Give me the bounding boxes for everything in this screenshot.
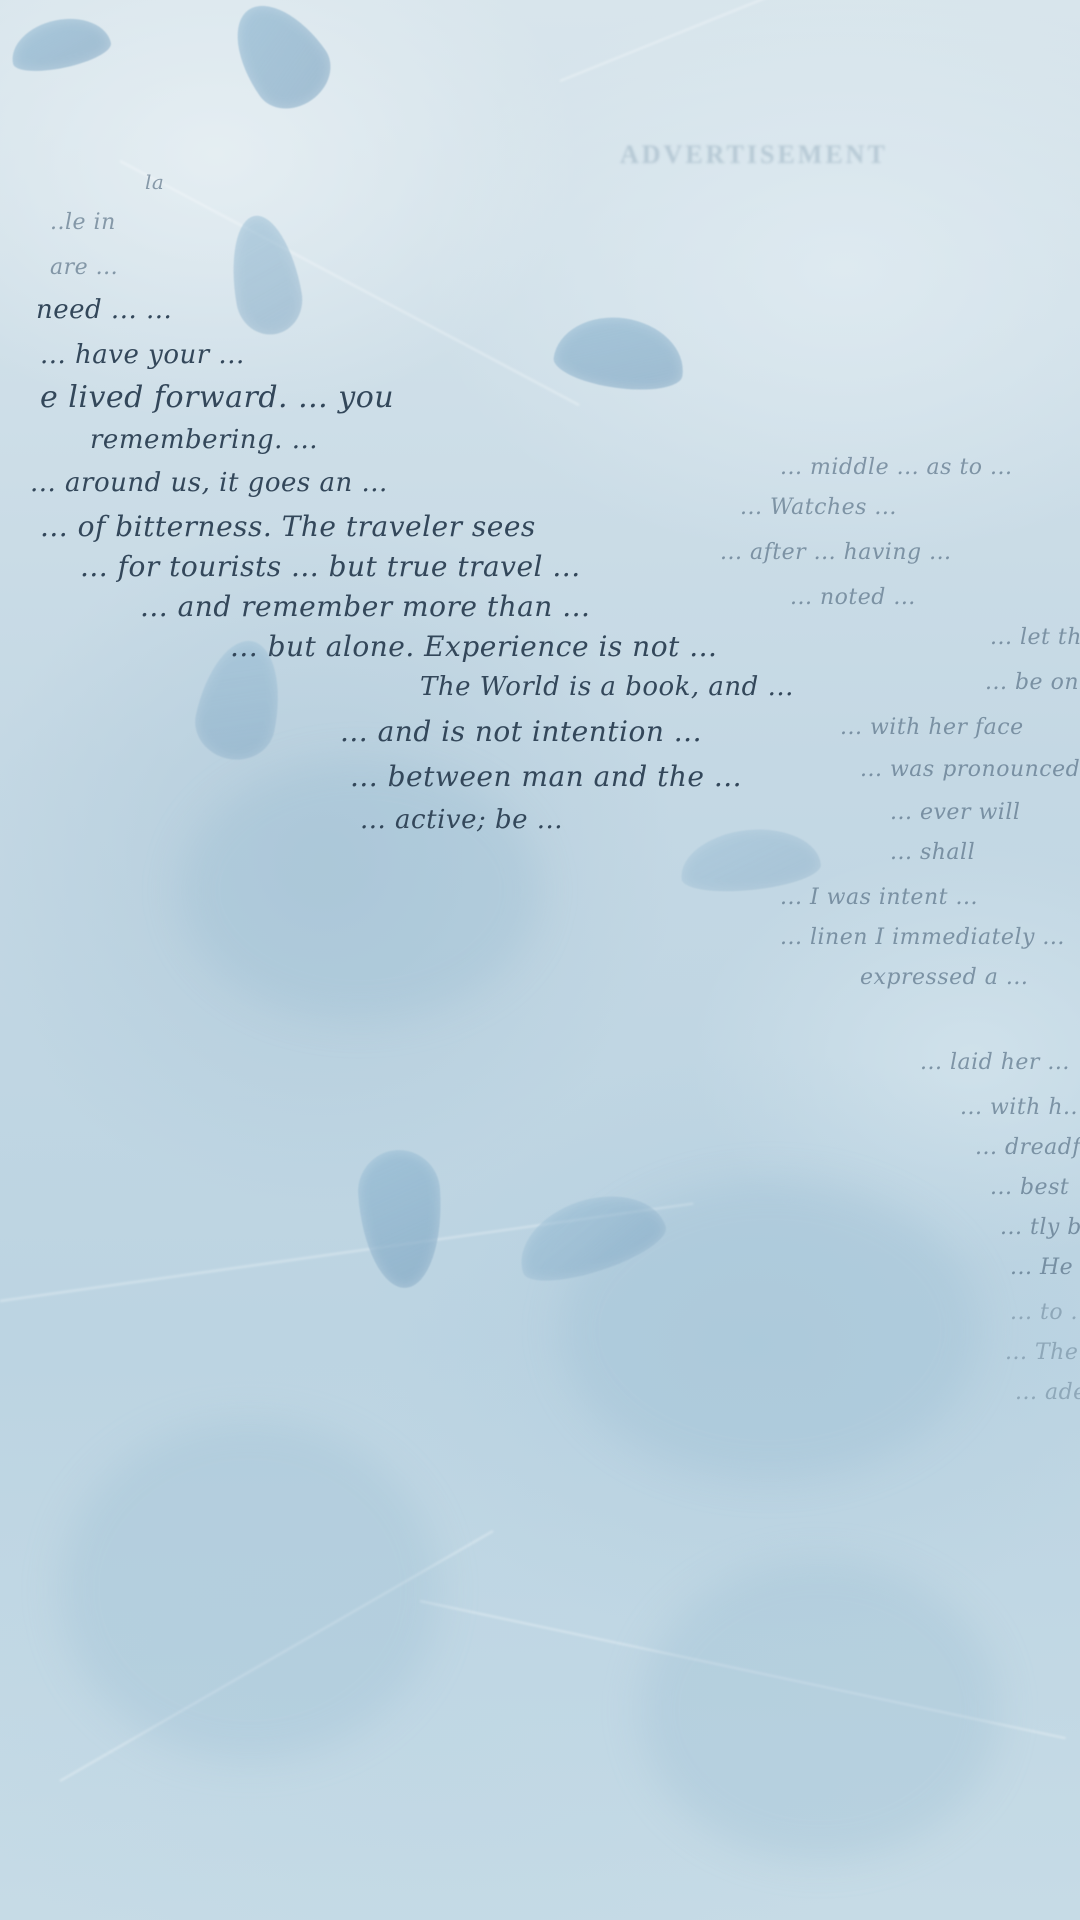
script-line: ... to ... (1010, 1300, 1080, 1325)
script-line: la (145, 170, 164, 194)
script-line: ... let the ... (990, 625, 1080, 650)
script-line: ... Then (1005, 1340, 1080, 1365)
script-line: ... for tourists ... but true travel ... (80, 550, 581, 583)
script-line: ... with h... (960, 1095, 1080, 1120)
script-line: ... active; be ... (360, 805, 563, 835)
script-line: ... He m... (1010, 1255, 1080, 1280)
script-line: ... ade (1015, 1380, 1080, 1405)
script-line: e lived forward. ... you (40, 380, 394, 415)
script-line: ... linen I immediately ... (780, 925, 1065, 950)
script-line: ... after ... having ... (720, 540, 952, 565)
script-line: expressed a ... (860, 965, 1028, 990)
script-line: ... tly b... (1000, 1215, 1080, 1240)
script-line: ... laid her ... (920, 1050, 1070, 1075)
script-line: ..le in (50, 210, 116, 235)
script-line: remembering. ... (90, 425, 318, 455)
script-line: ... shall (890, 840, 975, 865)
script-line: ... with her face (840, 715, 1024, 740)
water-stain (640, 1560, 1000, 1860)
script-line: ... dreadful, ... (975, 1135, 1080, 1160)
script-line: The World is a book, and ... (420, 672, 794, 702)
script-line: need ... ... (36, 295, 172, 325)
script-line: ... middle ... as to ... (780, 455, 1013, 480)
script-line: ... noted ... (790, 585, 916, 610)
script-line: ... of bitterness. The traveler sees (40, 510, 536, 543)
script-line: ... and is not intention ... (340, 715, 702, 748)
script-line: ... around us, it goes an ... (30, 468, 388, 498)
script-line: ... but alone. Experience is not ... (230, 630, 717, 663)
water-stain (60, 1420, 440, 1760)
script-line: ... ever will (890, 800, 1020, 825)
script-line: ... I was intent ... (780, 885, 978, 910)
script-line: ... between man and the ... (350, 760, 742, 793)
script-line: are ... (50, 255, 118, 280)
script-line: ... was pronounced (860, 757, 1080, 782)
script-line: ... and remember more than ... (140, 590, 590, 623)
newsprint-fragment: ADVERTISEMENT (620, 140, 888, 170)
water-stain (180, 760, 540, 1020)
script-line: ... best (990, 1175, 1069, 1200)
script-line: ... Watches ... (740, 495, 897, 520)
script-line: ... have your ... (40, 340, 245, 370)
script-line: ... be only (985, 670, 1080, 695)
